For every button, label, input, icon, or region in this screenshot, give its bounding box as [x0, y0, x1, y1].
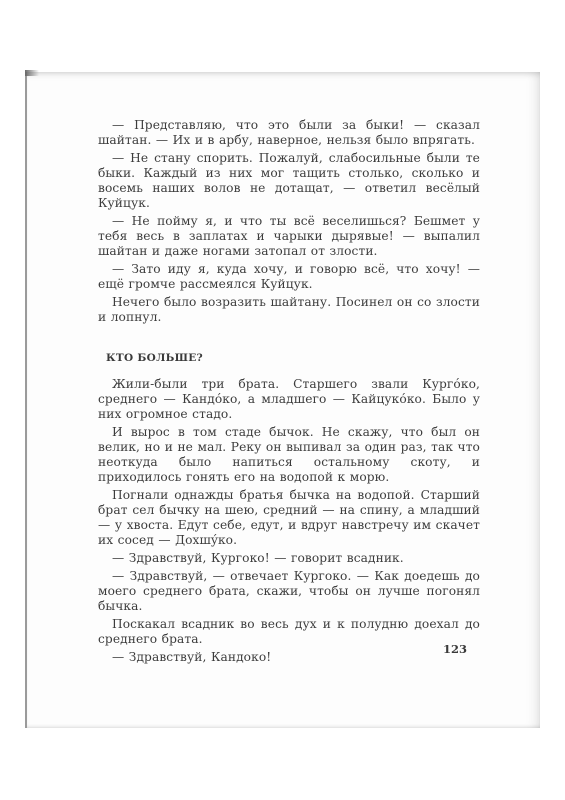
paragraph: — Не пойму я, и что ты всё веселишься? Б…	[98, 214, 480, 259]
paragraph: — Здравствуй, Кандоко!	[98, 650, 480, 665]
page-number: 123	[443, 642, 467, 656]
paragraph: Нечего было возразить шайтану. Посинел о…	[98, 295, 480, 325]
paragraph: — Представляю, что это были за быки! — с…	[98, 118, 480, 148]
paragraph: — Зато иду я, куда хочу, и говорю всё, ч…	[98, 262, 480, 292]
scanned-book-page: — Представляю, что это были за быки! — с…	[25, 72, 540, 728]
paragraph: И вырос в том стаде бычок. Не скажу, что…	[98, 425, 480, 485]
paragraph: — Не стану спорить. Пожалуй, слабосильны…	[98, 151, 480, 211]
paragraph: Поскакал всадник во весь дух и к полудню…	[98, 617, 480, 647]
paragraph: — Здравствуй, Кургоко! — говорит всадник…	[98, 551, 480, 566]
paragraph: — Здравствуй, — отвечает Кургоко. — Как …	[98, 569, 480, 614]
story-title-heading: КТО БОЛЬШЕ?	[106, 352, 203, 364]
story-ending-section: — Представляю, что это были за быки! — с…	[98, 118, 480, 325]
paragraph: Жили-были три брата. Старшего звали Кург…	[98, 377, 480, 422]
paragraph: Погнали однажды братья бычка на водопой.…	[98, 488, 480, 548]
story-body-section: Жили-были три брата. Старшего звали Кург…	[98, 377, 480, 665]
